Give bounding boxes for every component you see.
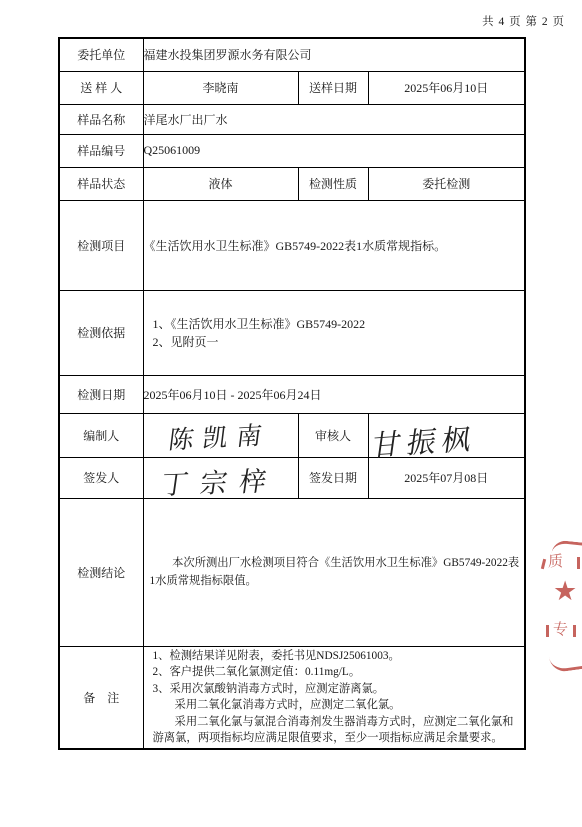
reviewer-label: 审核人: [298, 413, 368, 457]
seal-star-icon: ★: [553, 578, 577, 605]
row-test-basis: 检测依据 1、《生活饮用水卫生标准》GB5749-2022 2、见附页一: [59, 290, 525, 375]
compiler-label: 编制人: [59, 413, 143, 457]
seal-text-fragment-mark: [541, 559, 546, 569]
client-value: 福建水投集团罗源水务有限公司: [143, 38, 525, 71]
seal-text-fragment-mark: [546, 625, 549, 637]
test-basis-line2: 2、见附页一: [153, 333, 521, 351]
row-sampler: 送 样 人 李晓南 送样日期 2025年06月10日: [59, 71, 525, 104]
test-basis-lines: 1、《生活饮用水卫生标准》GB5749-2022 2、见附页一: [144, 315, 525, 351]
report-page: 共 4 页 第 2 页 委托单位 福建水投集团罗源水务有限公司 送 样 人 李晓…: [0, 0, 582, 827]
sample-date-value: 2025年06月10日: [368, 71, 525, 104]
conclusion-cell: 本次所测出厂水检测项目符合《生活饮用水卫生标准》GB5749-2022表1水质常…: [143, 498, 525, 646]
remarks-lines: 1、检测结果详见附表，委托书见NDSJ25061003。 2、客户提供二氧化氯测…: [144, 647, 525, 748]
remark-line: 游离氯，两项指标均应满足限值要求，至少一项指标应满足余量要求。: [153, 730, 521, 747]
sample-state-label: 样品状态: [59, 167, 143, 200]
sampler-label: 送 样 人: [59, 71, 143, 104]
row-compiler: 编制人 陈凯南 审核人 甘振枫: [59, 413, 525, 457]
sample-name-label: 样品名称: [59, 104, 143, 134]
remark-line: 采用二氧化氯与氯混合消毒剂发生器消毒方式时，应测定二氧化氯和: [153, 714, 521, 731]
issuer-signature: 丁宗梓: [159, 459, 281, 502]
conclusion-text: 本次所测出厂水检测项目符合《生活饮用水卫生标准》GB5749-2022表1水质常…: [144, 554, 525, 590]
row-test-items: 检测项目 《生活饮用水卫生标准》GB5749-2022表1水质常规指标。: [59, 200, 525, 290]
row-sample-state: 样品状态 液体 检测性质 委托检测: [59, 167, 525, 200]
row-conclusion: 检测结论 本次所测出厂水检测项目符合《生活饮用水卫生标准》GB5749-2022…: [59, 498, 525, 646]
official-seal-partial: 质 ★ 专: [540, 538, 582, 673]
row-client: 委托单位 福建水投集团罗源水务有限公司: [59, 38, 525, 71]
client-label: 委托单位: [59, 38, 143, 71]
reviewer-signature-cell: 甘振枫: [368, 413, 525, 457]
sample-no-value: Q25061009: [143, 134, 525, 167]
sample-no-label: 样品编号: [59, 134, 143, 167]
row-issuer: 签发人 丁宗梓 签发日期 2025年07月08日: [59, 457, 525, 498]
issuer-signature-cell: 丁宗梓: [143, 457, 298, 498]
reviewer-signature: 甘振枫: [369, 416, 480, 465]
report-table: 委托单位 福建水投集团罗源水务有限公司 送 样 人 李晓南 送样日期 2025年…: [58, 37, 526, 750]
seal-text-fragment-mark: [573, 625, 576, 637]
remark-line: 采用二氧化氯消毒方式时，应测定二氧化氯。: [153, 697, 521, 714]
test-basis-label: 检测依据: [59, 290, 143, 375]
remarks-label: 备 注: [59, 646, 143, 749]
sampler-value: 李晓南: [143, 71, 298, 104]
row-test-date: 检测日期 2025年06月10日 - 2025年06月24日: [59, 375, 525, 413]
row-sample-name: 样品名称 洋尾水厂出厂水: [59, 104, 525, 134]
sample-date-label: 送样日期: [298, 71, 368, 104]
conclusion-label: 检测结论: [59, 498, 143, 646]
row-remarks: 备 注 1、检测结果详见附表，委托书见NDSJ25061003。 2、客户提供二…: [59, 646, 525, 749]
compiler-signature: 陈凯南: [167, 415, 273, 457]
issuer-label: 签发人: [59, 457, 143, 498]
test-date-value: 2025年06月10日 - 2025年06月24日: [143, 375, 525, 413]
test-nature-label: 检测性质: [298, 167, 368, 200]
test-basis-value: 1、《生活饮用水卫生标准》GB5749-2022 2、见附页一: [143, 290, 525, 375]
test-items-value: 《生活饮用水卫生标准》GB5749-2022表1水质常规指标。: [143, 200, 525, 290]
sample-state-value: 液体: [143, 167, 298, 200]
pagination-text: 共 4 页 第 2 页: [482, 13, 565, 29]
compiler-signature-cell: 陈凯南: [143, 413, 298, 457]
test-items-label: 检测项目: [59, 200, 143, 290]
seal-text-fragment-mark: [577, 557, 580, 569]
seal-rim-bottom-icon: [549, 652, 582, 674]
remarks-cell: 1、检测结果详见附表，委托书见NDSJ25061003。 2、客户提供二氧化氯测…: [143, 646, 525, 749]
row-sample-no: 样品编号 Q25061009: [59, 134, 525, 167]
sample-name-value: 洋尾水厂出厂水: [143, 104, 525, 134]
issue-date-label: 签发日期: [298, 457, 368, 498]
remark-line: 1、检测结果详见附表，委托书见NDSJ25061003。: [153, 648, 521, 665]
remark-line: 2、客户提供二氧化氯测定值：0.11mg/L。: [153, 664, 521, 681]
test-date-label: 检测日期: [59, 375, 143, 413]
remark-line: 3、采用次氯酸钠消毒方式时，应测定游离氯。: [153, 681, 521, 698]
seal-text-top: 质: [548, 555, 563, 570]
seal-text-bottom: 专: [553, 623, 568, 638]
test-basis-line1: 1、《生活饮用水卫生标准》GB5749-2022: [153, 315, 521, 333]
test-nature-value: 委托检测: [368, 167, 525, 200]
